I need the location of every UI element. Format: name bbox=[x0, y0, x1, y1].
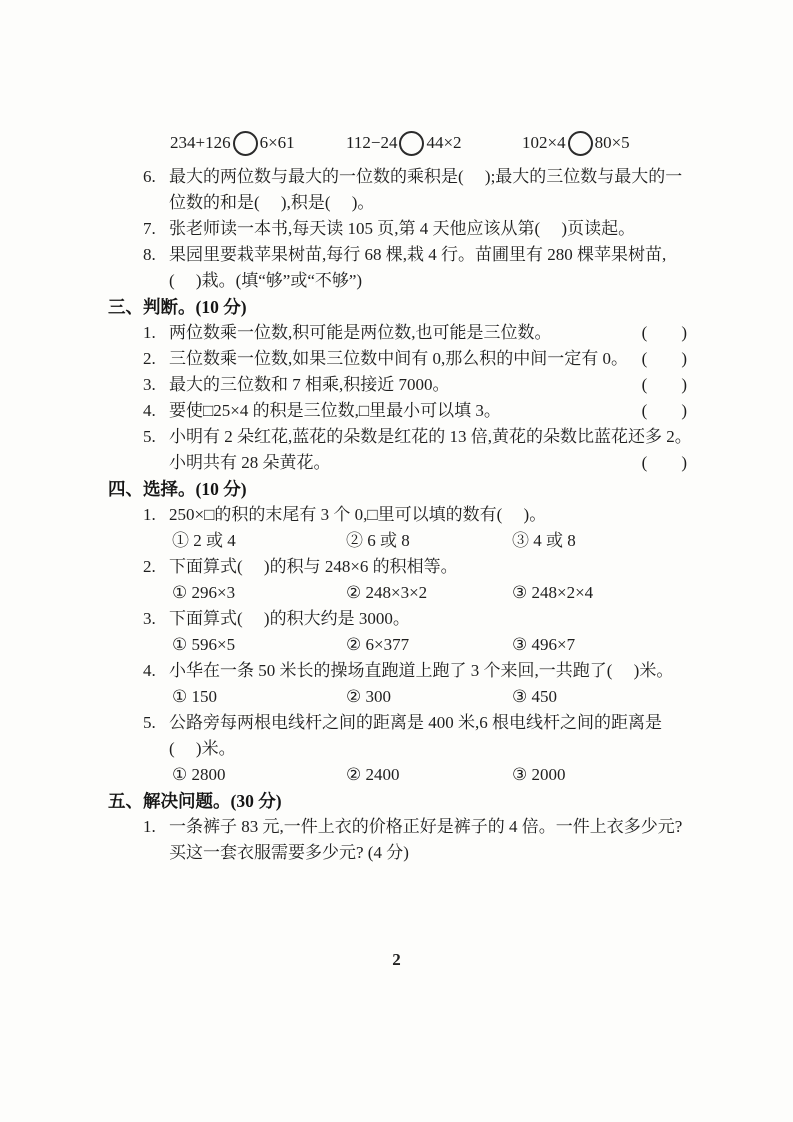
choice-item-2: 2. 下面算式( )的积与 248×6 的积相等。 bbox=[108, 554, 709, 580]
question-text: 公路旁每两根电线杆之间的距离是 400 米,6 根电线杆之间的距离是 bbox=[169, 710, 662, 736]
question-number: 3. bbox=[143, 606, 169, 632]
question-text: 三位数乘一位数,如果三位数中间有 0,那么积的中间一定有 0。 bbox=[169, 346, 642, 372]
comparison-exercise: 234+126 6×61 bbox=[170, 130, 346, 156]
judge-item-1: 1. 两位数乘一位数,积可能是两位数,也可能是三位数。 ( ) bbox=[108, 320, 709, 346]
expression-left: 112−24 bbox=[346, 130, 397, 156]
option-item: ③ 496×7 bbox=[512, 632, 575, 658]
comparison-circle bbox=[233, 131, 258, 156]
judge-item-5-cont: 小明共有 28 朵黄花。 ( ) bbox=[108, 450, 709, 476]
choice-item-5-options: ① 2800 ② 2400 ③ 2000 bbox=[108, 762, 709, 788]
question-number: 8. bbox=[143, 242, 169, 268]
question-number: 1. bbox=[143, 320, 169, 346]
question-text: 要使□25×4 的积是三位数,□里最小可以填 3。 bbox=[169, 398, 642, 424]
question-text: 两位数乘一位数,积可能是两位数,也可能是三位数。 bbox=[169, 320, 642, 346]
question-number: 4. bbox=[143, 398, 169, 424]
option-item: ① 2 或 4 bbox=[172, 528, 346, 554]
comparison-exercise: 102×4 80×5 bbox=[522, 130, 630, 156]
fill-question-8-cont: ( )栽。(填“够”或“不够”) bbox=[108, 268, 709, 294]
choice-item-1-options: ① 2 或 4 ② 6 或 8 ③ 4 或 8 bbox=[108, 528, 709, 554]
comparison-circle bbox=[568, 131, 593, 156]
expression-right: 44×2 bbox=[426, 130, 461, 156]
question-number: 2. bbox=[143, 554, 169, 580]
question-number: 6. bbox=[143, 164, 169, 190]
question-number: 5. bbox=[143, 424, 169, 450]
option-item: ① 2800 bbox=[172, 762, 346, 788]
question-number: 7. bbox=[143, 216, 169, 242]
choice-item-4-options: ① 150 ② 300 ③ 450 bbox=[108, 684, 709, 710]
section-heading-choice: 四、选择。(10 分) bbox=[108, 476, 709, 502]
option-item: ② 6×377 bbox=[346, 632, 512, 658]
choice-item-1: 1. 250×□的积的末尾有 3 个 0,□里可以填的数有( )。 bbox=[108, 502, 709, 528]
judge-item-3: 3. 最大的三位数和 7 相乘,积接近 7000。 ( ) bbox=[108, 372, 709, 398]
fill-question-6: 6. 最大的两位数与最大的一位数的乘积是( );最大的三位数与最大的一 bbox=[108, 164, 709, 190]
judge-item-2: 2. 三位数乘一位数,如果三位数中间有 0,那么积的中间一定有 0。 ( ) bbox=[108, 346, 709, 372]
question-text: 小明共有 28 朵黄花。 bbox=[169, 450, 642, 476]
question-text: 下面算式( )的积与 248×6 的积相等。 bbox=[169, 554, 458, 580]
fill-question-6-cont: 位数的和是( ),积是( )。 bbox=[108, 190, 709, 216]
comparison-circle bbox=[399, 131, 424, 156]
option-item: ① 596×5 bbox=[172, 632, 346, 658]
question-text: 下面算式( )的积大约是 3000。 bbox=[169, 606, 410, 632]
option-item: ① 150 bbox=[172, 684, 346, 710]
question-number: 5. bbox=[143, 710, 169, 736]
option-item: ② 6 或 8 bbox=[346, 528, 512, 554]
question-text: 位数的和是( ),积是( )。 bbox=[169, 193, 374, 212]
expression-left: 102×4 bbox=[522, 130, 566, 156]
solve-item-1-cont: 买这一套衣服需要多少元? (4 分) bbox=[108, 840, 709, 866]
question-text: ( )栽。(填“够”或“不够”) bbox=[169, 271, 362, 290]
question-text: ( )米。 bbox=[169, 739, 236, 758]
question-text: 果园里要栽苹果树苗,每行 68 棵,栽 4 行。苗圃里有 280 棵苹果树苗, bbox=[169, 242, 666, 268]
page-number: 2 bbox=[0, 950, 793, 970]
option-item: ② 2400 bbox=[346, 762, 512, 788]
question-text: 小华在一条 50 米长的操场直跑道上跑了 3 个来回,一共跑了( )米。 bbox=[169, 658, 673, 684]
question-text: 250×□的积的末尾有 3 个 0,□里可以填的数有( )。 bbox=[169, 502, 546, 528]
choice-item-3-options: ① 596×5 ② 6×377 ③ 496×7 bbox=[108, 632, 709, 658]
answer-parentheses: ( ) bbox=[642, 320, 687, 346]
section-heading-solve: 五、解决问题。(30 分) bbox=[108, 788, 709, 814]
comparison-exercises-row: 234+126 6×61 112−24 44×2 102×4 80×5 bbox=[108, 130, 709, 156]
question-text: 最大的两位数与最大的一位数的乘积是( );最大的三位数与最大的一 bbox=[169, 164, 682, 190]
expression-left: 234+126 bbox=[170, 130, 231, 156]
expression-right: 6×61 bbox=[260, 130, 295, 156]
comparison-exercise: 112−24 44×2 bbox=[346, 130, 522, 156]
question-text: 最大的三位数和 7 相乘,积接近 7000。 bbox=[169, 372, 642, 398]
question-number: 4. bbox=[143, 658, 169, 684]
scanned-test-paper-page: 234+126 6×61 112−24 44×2 102×4 80×5 6. 最… bbox=[0, 0, 793, 1122]
option-item: ① 296×3 bbox=[172, 580, 346, 606]
choice-item-3: 3. 下面算式( )的积大约是 3000。 bbox=[108, 606, 709, 632]
question-text: 一条裤子 83 元,一件上衣的价格正好是裤子的 4 倍。一件上衣多少元? bbox=[169, 814, 682, 840]
fill-question-8: 8. 果园里要栽苹果树苗,每行 68 棵,栽 4 行。苗圃里有 280 棵苹果树… bbox=[108, 242, 709, 268]
choice-item-2-options: ① 296×3 ② 248×3×2 ③ 248×2×4 bbox=[108, 580, 709, 606]
option-item: ② 248×3×2 bbox=[346, 580, 512, 606]
option-item: ③ 450 bbox=[512, 684, 557, 710]
expression-right: 80×5 bbox=[595, 130, 630, 156]
answer-parentheses: ( ) bbox=[642, 450, 687, 476]
choice-item-5: 5. 公路旁每两根电线杆之间的距离是 400 米,6 根电线杆之间的距离是 bbox=[108, 710, 709, 736]
choice-item-4: 4. 小华在一条 50 米长的操场直跑道上跑了 3 个来回,一共跑了( )米。 bbox=[108, 658, 709, 684]
option-item: ③ 2000 bbox=[512, 762, 566, 788]
question-number: 2. bbox=[143, 346, 169, 372]
section-heading-judge: 三、判断。(10 分) bbox=[108, 294, 709, 320]
question-text: 张老师读一本书,每天读 105 页,第 4 天他应该从第( )页读起。 bbox=[169, 216, 635, 242]
question-number: 3. bbox=[143, 372, 169, 398]
choice-item-5-cont: ( )米。 bbox=[108, 736, 709, 762]
answer-parentheses: ( ) bbox=[642, 372, 687, 398]
question-number: 1. bbox=[143, 502, 169, 528]
answer-parentheses: ( ) bbox=[642, 398, 687, 424]
question-text: 小明有 2 朵红花,蓝花的朵数是红花的 13 倍,黄花的朵数比蓝花还多 2。 bbox=[169, 424, 709, 450]
judge-item-5: 5. 小明有 2 朵红花,蓝花的朵数是红花的 13 倍,黄花的朵数比蓝花还多 2… bbox=[108, 424, 709, 450]
option-item: ③ 4 或 8 bbox=[512, 528, 576, 554]
answer-parentheses: ( ) bbox=[642, 346, 687, 372]
fill-question-7: 7. 张老师读一本书,每天读 105 页,第 4 天他应该从第( )页读起。 bbox=[108, 216, 709, 242]
paper-content: 234+126 6×61 112−24 44×2 102×4 80×5 6. 最… bbox=[108, 130, 709, 866]
judge-item-4: 4. 要使□25×4 的积是三位数,□里最小可以填 3。 ( ) bbox=[108, 398, 709, 424]
option-item: ② 300 bbox=[346, 684, 512, 710]
option-item: ③ 248×2×4 bbox=[512, 580, 593, 606]
question-number: 1. bbox=[143, 814, 169, 840]
question-text: 买这一套衣服需要多少元? (4 分) bbox=[169, 843, 409, 862]
solve-item-1: 1. 一条裤子 83 元,一件上衣的价格正好是裤子的 4 倍。一件上衣多少元? bbox=[108, 814, 709, 840]
